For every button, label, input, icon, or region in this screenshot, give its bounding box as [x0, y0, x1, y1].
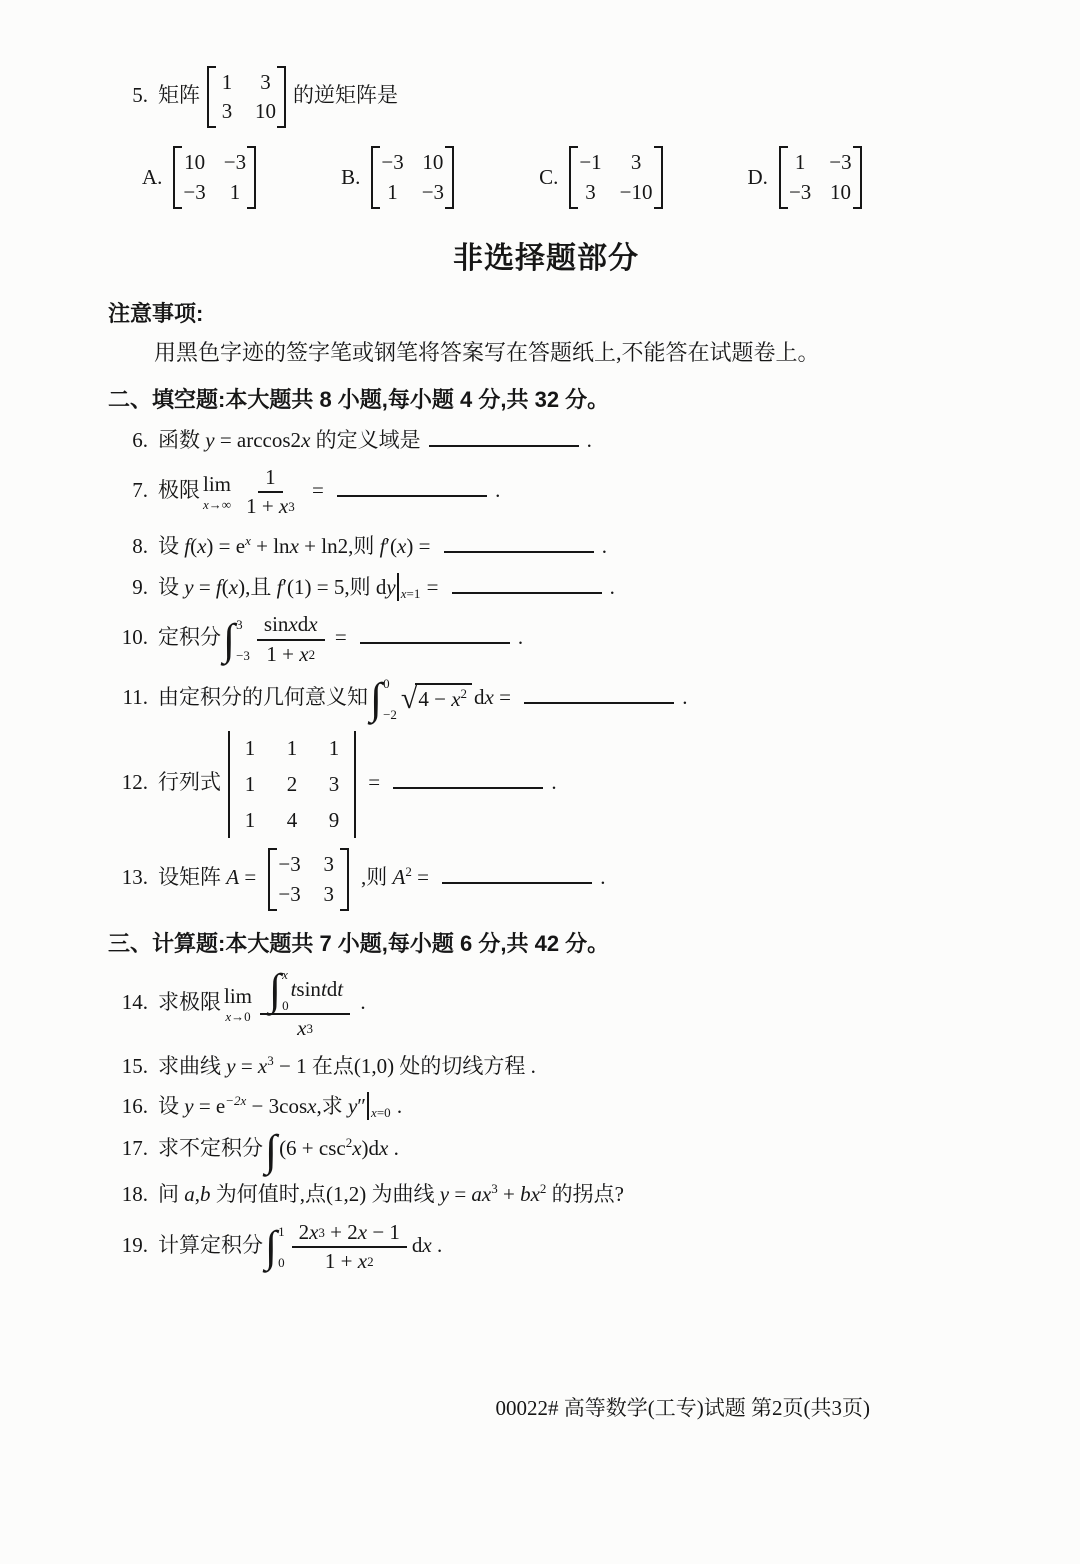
eval-subscript: x=1 [401, 587, 421, 600]
math-roman: 0 [282, 998, 289, 1013]
question-number: 19. [108, 1230, 148, 1260]
math-italic: y [226, 1054, 235, 1078]
math-roman: 1 + [246, 494, 279, 519]
question-content: 设 y = f(x),且 f′(1) = 5,则 dyx=1 = . [158, 575, 615, 599]
math-italic: x [290, 534, 299, 558]
math-roman: d [412, 1233, 423, 1257]
question-content: 极限limx→∞11 + x3 = . [158, 478, 500, 502]
numerator: sinxdx [257, 612, 325, 640]
math-roman: 1 + [325, 1249, 358, 1274]
option-b: B.−3101−3 [341, 146, 461, 208]
math-italic: y [205, 428, 214, 452]
text-run: 设 [158, 534, 184, 558]
option-label: A. [142, 165, 162, 190]
exam-page: 5.矩阵13310的逆矩阵是 A.10−3−31B.−3101−3C.−133−… [0, 0, 1080, 1564]
math-roman: = [330, 625, 352, 649]
math-roman: 0 [383, 676, 390, 691]
math-italic: y [440, 1182, 449, 1206]
question-row: 14.求极限limx→0∫x0tsintdtx3 . [108, 968, 984, 1041]
text-run: 问 [158, 1182, 184, 1206]
limit-operator: limx→0 [224, 986, 252, 1023]
matrix-cell: −3 [183, 180, 205, 205]
question-row: 7.极限limx→∞11 + x3 = . [108, 465, 984, 519]
math-roman: 2 [299, 1220, 310, 1245]
lower-limit: −2 [383, 708, 397, 721]
answer-blank [442, 861, 592, 884]
text-run: 在点(1,0) 处的切线方程 . [312, 1054, 536, 1078]
question-number: 13. [108, 862, 148, 892]
math-italic: bx [520, 1182, 540, 1206]
integral: ∫ [265, 1132, 277, 1169]
text-run: 函数 [158, 428, 205, 452]
math-italic: y [386, 575, 395, 599]
question-row: 10.定积分∫3−3sinxdx1 + x2 = . [108, 612, 984, 666]
question-content: 行列式111123149 = . [158, 770, 557, 794]
math-italic: x [358, 1249, 367, 1274]
math-roman: d [327, 977, 338, 1002]
text-run: ,则 [344, 575, 376, 599]
question-number: 10. [108, 622, 148, 652]
matrix: −33−33 [268, 848, 348, 910]
text-run: ,且 [245, 575, 277, 599]
matrix-cell: 2 [282, 772, 302, 797]
question-row: 11.由定积分的几何意义知∫0−2√4 − x2dx = . [108, 677, 984, 721]
superscript: 2 [367, 1255, 374, 1268]
question-number: 18. [108, 1179, 148, 1209]
matrix-cell: 1 [381, 180, 403, 205]
evaluation-bar: x=0 [367, 1092, 391, 1120]
text-run: 求曲线 [158, 1054, 226, 1078]
math-italic: y [184, 1094, 193, 1118]
matrix-cell: 10 [255, 99, 276, 124]
math-italic: x [379, 1136, 388, 1160]
math-roman: . [495, 478, 500, 502]
bar [367, 1092, 369, 1120]
denominator: 1 + x2 [318, 1248, 381, 1274]
matrix-cell: 1 [224, 180, 246, 205]
matrix-cell: −3 [422, 180, 444, 205]
integral: ∫0−2 [370, 677, 397, 721]
math-italic: x [301, 428, 310, 452]
text-run: 定积分 [158, 625, 221, 649]
question-row: 8.设 f(x) = ex + lnx + ln2,则 f′(x) = . [108, 530, 984, 561]
math-italic: A [393, 865, 406, 889]
option-label: C. [539, 165, 558, 190]
math-italic: x [358, 1220, 367, 1245]
math-italic: x [352, 1136, 361, 1160]
integral-symbol: ∫ [223, 621, 235, 658]
math-roman: = [494, 685, 516, 709]
math-roman: + [498, 1182, 520, 1206]
fraction: 11 + x3 [239, 465, 302, 519]
math-roman: d [474, 685, 485, 709]
integral-limits: 0−2 [383, 677, 397, 721]
matrix-cell: 3 [620, 150, 653, 175]
math-roman: + 2 [325, 1220, 358, 1245]
math-italic: x [282, 967, 288, 982]
answer-blank [452, 571, 602, 594]
math-italic: A [226, 865, 239, 889]
question-number: 8. [108, 531, 148, 561]
question-content: 设矩阵 A = −33−33 ,则 A2 = . [158, 865, 605, 889]
text-run: 的定义域是 [310, 428, 420, 452]
integral-symbol: ∫ [370, 680, 382, 717]
math-roman: ( [222, 575, 229, 599]
math-italic: x [397, 534, 406, 558]
matrix-cell: 1 [240, 808, 260, 833]
math-roman: d [376, 575, 387, 599]
math-italic: x [422, 1233, 431, 1257]
math-italic: x [288, 612, 297, 637]
matrix: −133−10 [569, 146, 662, 208]
math-roman: . [518, 625, 523, 649]
limit-operator: limx→∞ [203, 474, 231, 511]
matrix-cell: 10 [422, 150, 444, 175]
text-run: 设 [158, 1094, 184, 1118]
question-content: 设 y = e−2x − 3cosx,求 y″x=0 . [158, 1094, 402, 1118]
text-run: ,则 [348, 534, 380, 558]
answer-blank [524, 681, 674, 704]
math-roman: . [682, 685, 687, 709]
math-roman: . [388, 1136, 399, 1160]
question-number: 7. [108, 475, 148, 505]
option-label: B. [341, 165, 360, 190]
integral-symbol: ∫ [265, 1228, 277, 1265]
math-roman: . [610, 575, 615, 599]
matrix-cell: 3 [217, 99, 237, 124]
math-roman: 3 [236, 617, 243, 632]
matrix: 1−3−310 [779, 146, 862, 208]
text-run: 设 [158, 575, 184, 599]
matrix-cell: −3 [829, 150, 851, 175]
math-roman: . [600, 865, 605, 889]
answer-blank [360, 621, 510, 644]
math-italic: x [485, 685, 494, 709]
math-roman: =1 [406, 586, 420, 601]
math-roman: = [194, 575, 216, 599]
option-c: C.−133−10 [539, 146, 669, 208]
math-roman: = arccos2 [215, 428, 301, 452]
math-roman: →∞ [209, 497, 231, 512]
math-roman: ) = [406, 534, 435, 558]
question-row: 19.计算定积分∫102x3 + 2x − 11 + x2dx . [108, 1220, 984, 1274]
math-roman: = e [194, 1094, 226, 1118]
math-roman: = [236, 1054, 258, 1078]
question-row: 18.问 a,b 为何值时,点(1,2) 为曲线 y = ax3 + bx2 的… [108, 1179, 984, 1209]
section-heading: 非选择题部分 [108, 233, 984, 277]
math-italic: x [279, 494, 288, 519]
answer-blank [429, 424, 579, 447]
math-roman: = [412, 865, 434, 889]
matrix-cell: 3 [319, 882, 339, 907]
math-roman: . [587, 428, 592, 452]
question-number: 15. [108, 1051, 148, 1081]
math-roman: − 1 [367, 1220, 400, 1245]
text-run: 设矩阵 [158, 865, 226, 889]
matrix: 13310 [207, 66, 286, 128]
text-run: ,则 [356, 865, 393, 889]
answer-blank [393, 766, 543, 789]
math-roman: = [363, 770, 385, 794]
integral-limits: 3−3 [236, 618, 250, 662]
upper-limit: 3 [236, 618, 250, 631]
math-roman: . [551, 770, 556, 794]
lower-limit: −3 [236, 649, 250, 662]
matrix-cell: −10 [620, 180, 653, 205]
math-roman: = [307, 478, 329, 502]
matrix-cell: 9 [324, 808, 344, 833]
text-run: 行列式 [158, 770, 221, 794]
math-italic: a [184, 1182, 195, 1206]
text-run: ,求 [316, 1094, 348, 1118]
notice-title: 注意事项: [108, 297, 984, 328]
integral: ∫x0 [269, 968, 289, 1012]
matrix-cell: 1 [282, 736, 302, 761]
math-italic: x [297, 1016, 306, 1041]
math-roman: 1 [278, 1224, 285, 1239]
math-roman: −3 [236, 648, 250, 663]
question-number: 16. [108, 1091, 148, 1121]
matrix-cell: 1 [789, 150, 811, 175]
integral-symbol: ∫ [269, 971, 281, 1008]
matrix-cell: −3 [381, 150, 403, 175]
numerator: 1 [258, 465, 283, 493]
numerator: 2x3 + 2x − 1 [292, 1220, 407, 1248]
fill-blank-questions: 6.函数 y = arccos2x 的定义域是.7.极限limx→∞11 + x… [108, 424, 984, 911]
question-row: 17.求不定积分∫(6 + csc2x)dx . [108, 1132, 984, 1169]
text-run: 由定积分的几何意义知 [158, 685, 368, 709]
math-italic: x [308, 612, 317, 637]
option-label: D. [748, 165, 768, 190]
notice-text: 用黑色字迹的签字笔或钢笔将答案写在答题纸上,不能答在试题卷上。 [108, 336, 984, 367]
matrix-cell: 1 [217, 70, 237, 95]
math-roman: − 3cos [246, 1094, 307, 1118]
math-roman: . [602, 534, 607, 558]
integral-symbol: ∫ [265, 1132, 277, 1169]
limit-subscript: x→0 [225, 1010, 250, 1023]
math-roman: (6 + csc [279, 1136, 346, 1160]
matrix-cell: 3 [319, 852, 339, 877]
question-content: 函数 y = arccos2x 的定义域是. [158, 428, 592, 452]
math-italic: y [348, 1094, 357, 1118]
section-3-title: 三、计算题:本大题共 7 小题,每小题 6 分,共 42 分。 [108, 927, 984, 958]
question-number: 17. [108, 1133, 148, 1163]
math-roman: 1 [265, 465, 276, 490]
question-content: 设 f(x) = ex + lnx + ln2,则 f′(x) = . [158, 534, 607, 558]
calculation-questions: 14.求极限limx→0∫x0tsintdtx3 .15.求曲线 y = x3 … [108, 968, 984, 1274]
math-italic: y [184, 575, 193, 599]
math-roman: 0 [278, 1255, 285, 1270]
limit-subscript: x→∞ [203, 498, 231, 511]
superscript: −2x [225, 1093, 246, 1108]
math-roman: . [355, 990, 366, 1014]
matrix-cell: −3 [789, 180, 811, 205]
math-roman: 4 − [418, 687, 451, 711]
math-roman: = [239, 865, 261, 889]
superscript: 2 [309, 648, 316, 661]
upper-limit: 1 [278, 1225, 285, 1238]
question-content: 求不定积分∫(6 + csc2x)dx . [158, 1136, 399, 1160]
text-run: 为何值时,点(1,2) 为曲线 [211, 1182, 440, 1206]
evaluation-bar: x=1 [397, 573, 421, 601]
upper-limit: 0 [383, 677, 397, 690]
denominator: 1 + x2 [259, 641, 322, 667]
math-roman: sin [296, 977, 321, 1002]
question-content: 计算定积分∫102x3 + 2x − 11 + x2dx . [158, 1233, 442, 1257]
matrix-cell: −1 [579, 150, 601, 175]
fraction: 2x3 + 2x − 11 + x2 [292, 1220, 407, 1274]
math-roman: ) = e [206, 534, 245, 558]
math-roman: ′( [385, 534, 397, 558]
lower-limit: 0 [278, 1256, 285, 1269]
math-roman: + ln [251, 534, 290, 558]
math-italic: x [258, 1054, 267, 1078]
numerator: ∫x0tsintdt [260, 968, 350, 1015]
radical: √4 − x2 [401, 683, 472, 715]
integral-limits: 10 [278, 1225, 285, 1269]
math-italic: b [200, 1182, 211, 1206]
math-roman: ′(1) = 5 [282, 575, 344, 599]
math-roman: d [298, 612, 309, 637]
section-2-title: 二、填空题:本大题共 8 小题,每小题 4 分,共 32 分。 [108, 383, 984, 414]
radicand: 4 − x2 [415, 683, 472, 711]
question-row: 9.设 y = f(x),且 f′(1) = 5,则 dyx=1 = . [108, 571, 984, 602]
option-a: A.10−3−31 [142, 146, 263, 208]
answer-blank [444, 530, 594, 553]
math-italic: x [299, 642, 308, 667]
superscript: 3 [306, 1022, 313, 1035]
option-d: D.1−3−310 [748, 146, 869, 208]
page-footer: 00022# 高等数学(工专)试题 第2页(共3页) [496, 1392, 870, 1422]
fraction: ∫x0tsintdtx3 [260, 968, 350, 1041]
superscript: 3 [288, 500, 295, 513]
math-italic: x [229, 575, 238, 599]
question-content: 矩阵13310的逆矩阵是 [158, 83, 398, 107]
matrix-cell: 1 [240, 736, 260, 761]
question-content: 求曲线 y = x3 − 1 在点(1,0) 处的切线方程 . [158, 1054, 536, 1078]
math-roman: =0 [377, 1105, 391, 1120]
text-run: 的逆矩阵是 [293, 83, 398, 107]
integral: ∫10 [265, 1225, 285, 1269]
question-number: 5. [108, 80, 148, 110]
text-run: 的拐点? [546, 1182, 624, 1206]
question-content: 问 a,b 为何值时,点(1,2) 为曲线 y = ax3 + bx2 的拐点? [158, 1182, 624, 1206]
matrix: −3101−3 [371, 146, 454, 208]
math-roman: = [449, 1182, 471, 1206]
question-row: 12.行列式111123149 = . [108, 731, 984, 839]
math-roman: ″ [357, 1094, 366, 1118]
integral: ∫3−3 [223, 618, 250, 662]
question-row: 5.矩阵13310的逆矩阵是 [108, 66, 984, 128]
question-number: 6. [108, 425, 148, 455]
question-content: 定积分∫3−3sinxdx1 + x2 = . [158, 625, 523, 649]
bar [397, 573, 399, 601]
upper-limit: x [282, 968, 289, 981]
math-roman: . [392, 1094, 403, 1118]
text-run: 极限 [158, 478, 200, 502]
math-italic: x [451, 687, 460, 711]
matrix-cell: −3 [278, 852, 300, 877]
math-roman: →0 [231, 1009, 251, 1024]
question-number: 14. [108, 987, 148, 1017]
math-italic: t [337, 977, 343, 1002]
question-row: 15.求曲线 y = x3 − 1 在点(1,0) 处的切线方程 . [108, 1051, 984, 1081]
fraction: sinxdx1 + x2 [257, 612, 325, 666]
question-number: 11. [108, 682, 148, 712]
math-roman: = [421, 575, 443, 599]
integral-limits: x0 [282, 968, 289, 1012]
matrix-cell: −3 [278, 882, 300, 907]
matrix-cell: 3 [324, 772, 344, 797]
text-run: 求极限 [158, 990, 221, 1014]
denominator: x3 [290, 1015, 320, 1041]
math-roman: −2 [383, 707, 397, 722]
question-row: 13.设矩阵 A = −33−33 ,则 A2 = . [108, 848, 984, 910]
question-number: 12. [108, 767, 148, 797]
question-content: 由定积分的几何意义知∫0−2√4 − x2dx = . [158, 685, 687, 709]
answer-blank [337, 474, 487, 497]
eval-subscript: x=0 [371, 1106, 391, 1119]
matrix-cell: 10 [183, 150, 205, 175]
superscript: 2 [461, 686, 468, 701]
question-row: 6.函数 y = arccos2x 的定义域是. [108, 424, 984, 455]
question-5: 5.矩阵13310的逆矩阵是 [108, 66, 984, 128]
matrix-cell: 3 [579, 180, 601, 205]
matrix-cell: 1 [324, 736, 344, 761]
lower-limit: 0 [282, 999, 289, 1012]
text-run: 求不定积分 [158, 1136, 263, 1160]
math-italic: x [309, 1220, 318, 1245]
math-roman: )d [362, 1136, 380, 1160]
question-number: 9. [108, 572, 148, 602]
math-roman: . [432, 1233, 443, 1257]
math-roman: − 1 [274, 1054, 312, 1078]
matrix-cell: 3 [255, 70, 276, 95]
matrix-cell: 1 [240, 772, 260, 797]
matrix-cell: −3 [224, 150, 246, 175]
determinant: 111123149 [228, 731, 356, 839]
math-roman: + ln2 [299, 534, 348, 558]
matrix-cell: 10 [829, 180, 851, 205]
question-row: 16.设 y = e−2x − 3cosx,求 y″x=0 . [108, 1091, 984, 1121]
math-roman: sin [264, 612, 289, 637]
limit-word: lim [203, 474, 231, 495]
text-run: 矩阵 [158, 83, 200, 107]
matrix-cell: 4 [282, 808, 302, 833]
question-content: 求极限limx→0∫x0tsintdtx3 . [158, 990, 366, 1014]
question-5-options: A.10−3−31B.−3101−3C.−133−10D.1−3−310 [142, 146, 984, 208]
denominator: 1 + x3 [239, 493, 302, 519]
math-italic: ax [471, 1182, 491, 1206]
matrix: 10−3−31 [173, 146, 256, 208]
limit-word: lim [224, 986, 252, 1007]
math-roman: 1 + [266, 642, 299, 667]
text-run: 计算定积分 [158, 1233, 263, 1257]
